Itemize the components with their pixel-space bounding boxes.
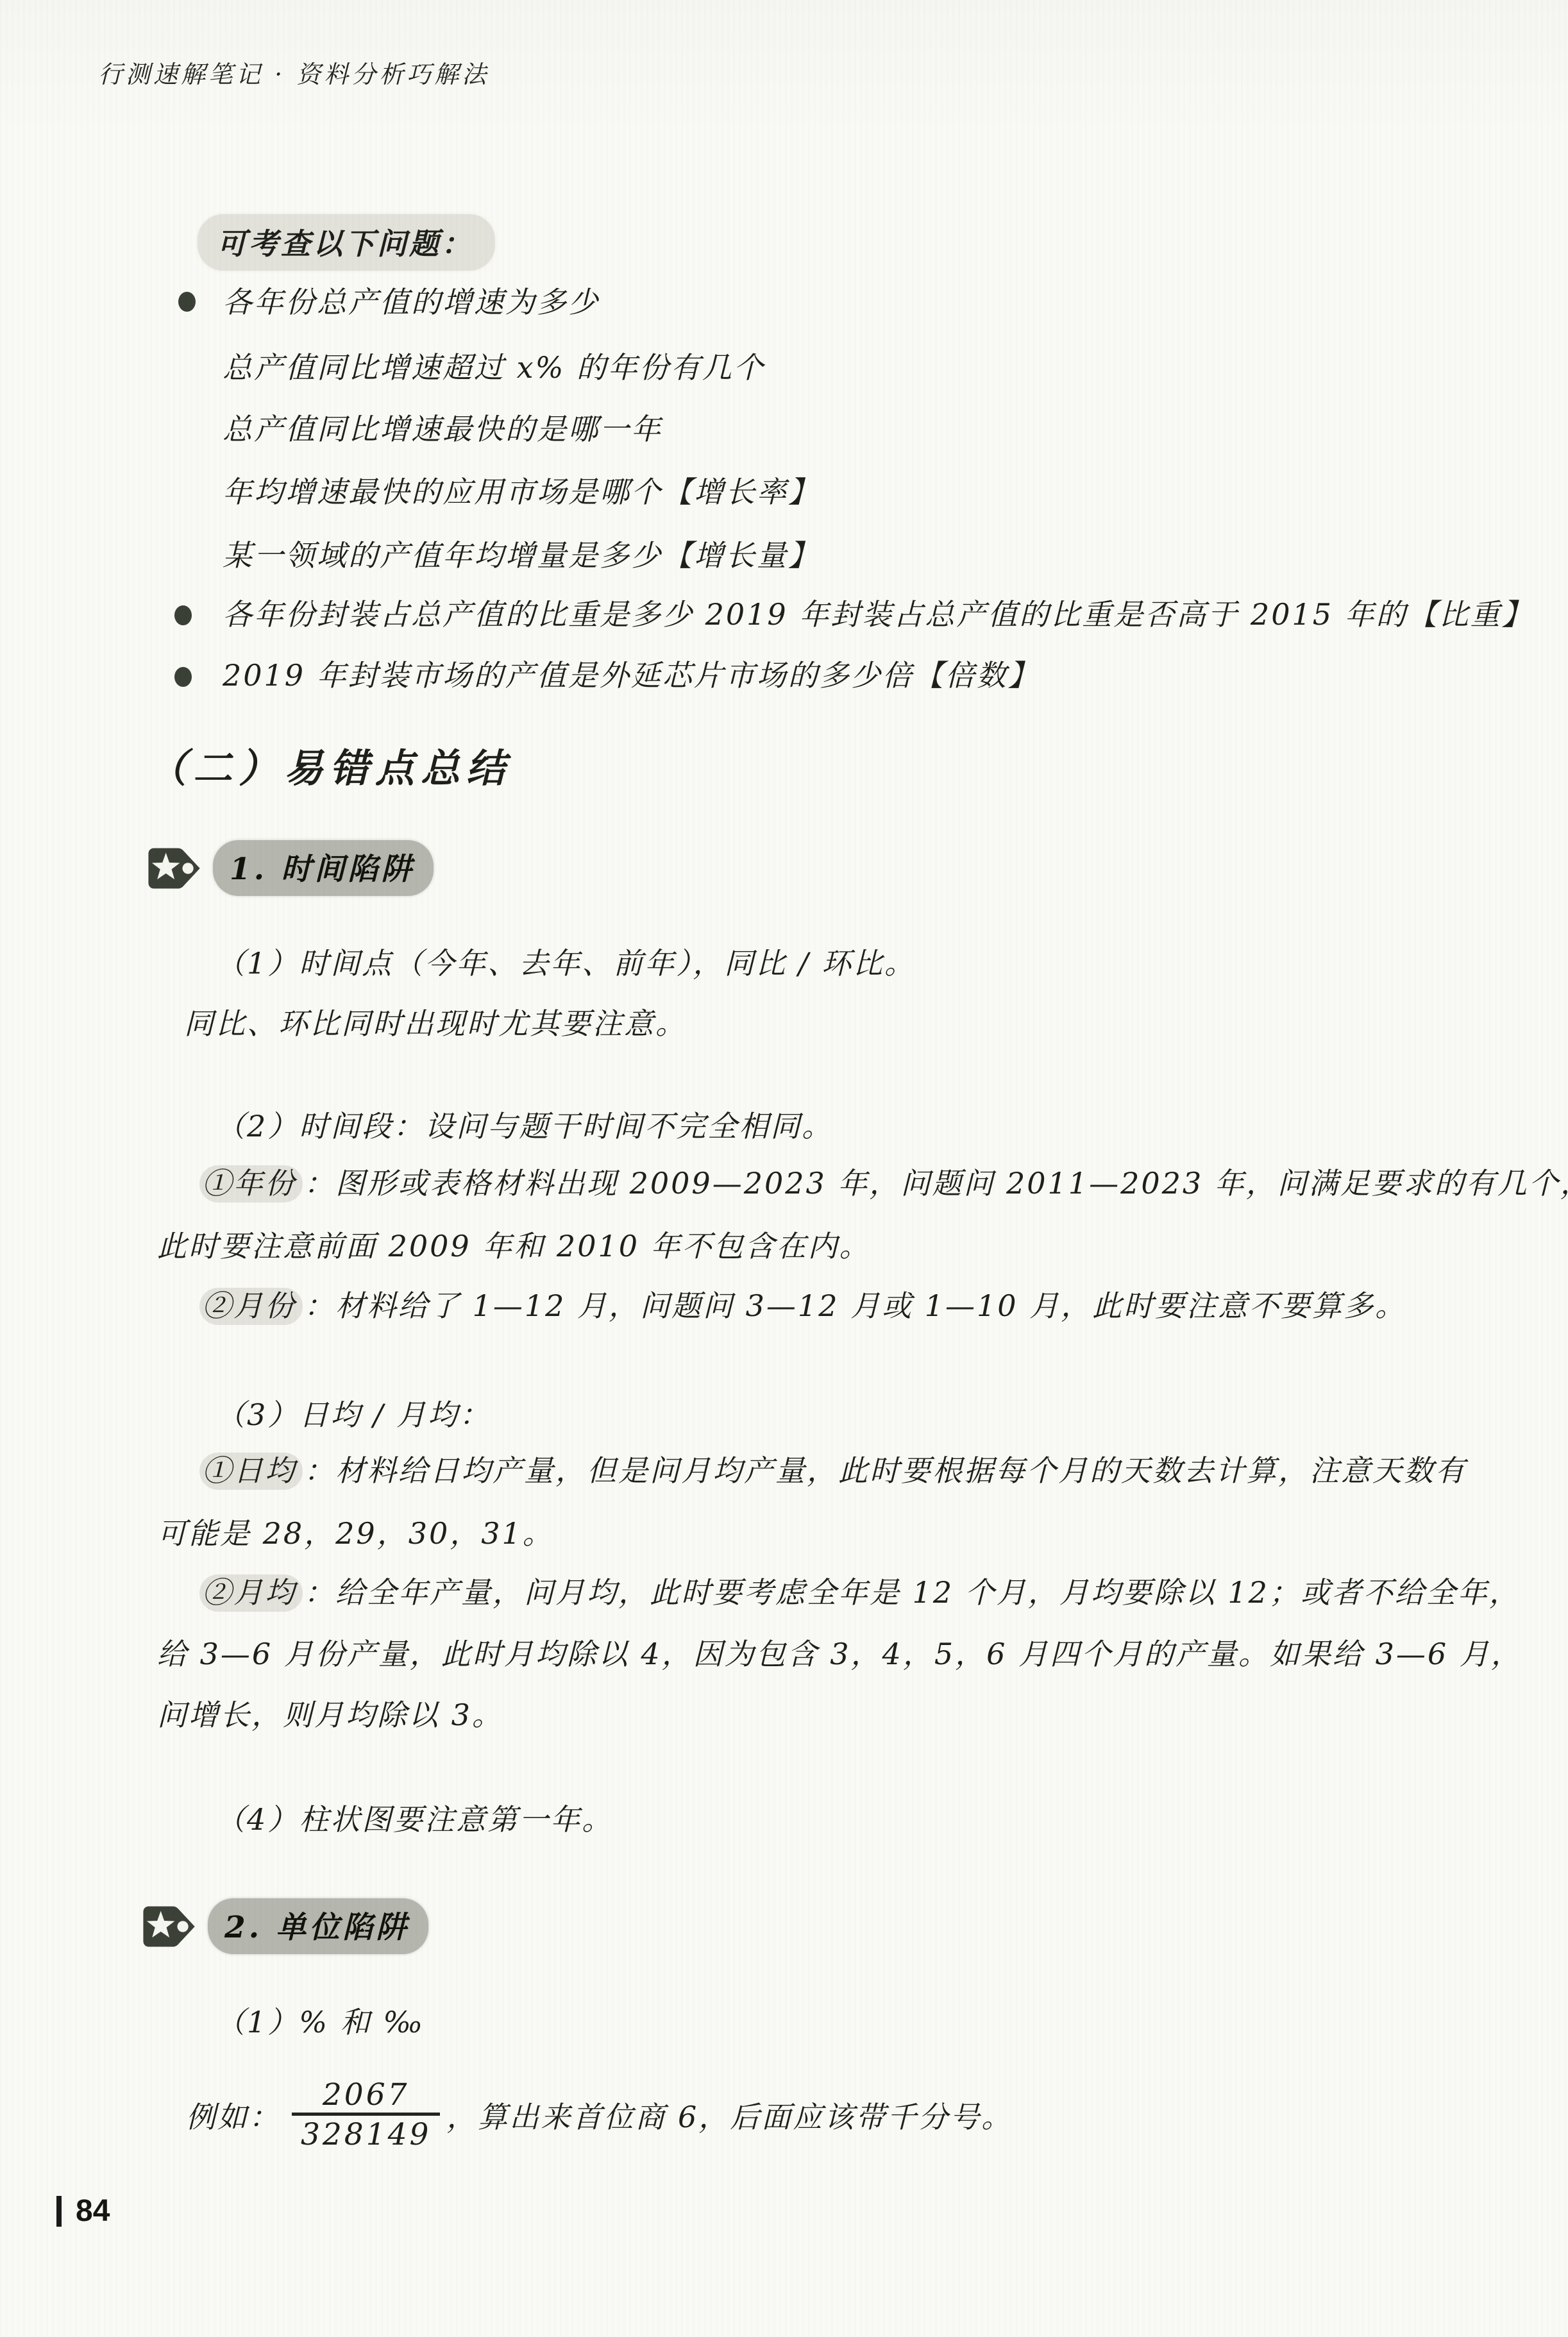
star-tag-icon xyxy=(148,845,203,891)
trap1-point1: （1）时间点（今年、去年、前年），同比 / 环比。 xyxy=(215,947,916,980)
trap1-year-note: 此时要注意前面 2009 年和 2010 年不包含在内。 xyxy=(157,1230,871,1263)
month-label-highlight: ②月份 xyxy=(199,1288,303,1325)
monthlyavg-text: ：给全年产量，问月均，此时要考虑全年是 12 个月，月均要除以 12；或者不给全… xyxy=(304,1575,1521,1610)
example-row: 例如： 2067 328149 ，算出来首位商 6，后面应该带千分号。 xyxy=(186,2073,1013,2157)
bullet-icon xyxy=(178,292,196,312)
trap1-monthlyavg-line: ②月均：给全年产量，问月均，此时要考虑全年是 12 个月，月均要除以 12；或者… xyxy=(199,1576,1521,1609)
question-item: 各年份封装占总产值的比重是多少 2019 年封装占总产值的比重是否高于 2015… xyxy=(223,598,1533,631)
year-label-highlight: ①年份 xyxy=(199,1165,303,1202)
running-header: 行测速解笔记 · 资料分析巧解法 xyxy=(98,62,489,89)
trap1-point2: （2）时间段：设问与题干时间不完全相同。 xyxy=(215,1110,833,1143)
page-number: 84 xyxy=(56,2193,110,2229)
monthlyavg-label-highlight: ②月均 xyxy=(199,1574,303,1612)
example-prefix: 例如： xyxy=(186,2094,280,2136)
trap1-tag: 1. 时间陷阱 xyxy=(148,840,434,896)
trap1-point3: （3）日均 / 月均： xyxy=(215,1399,491,1431)
trap1-daily-note: 可能是 28，29，30，31。 xyxy=(157,1517,554,1550)
trap1-monthlyavg-note2: 问增长，则月均除以 3。 xyxy=(157,1699,503,1732)
trap2-point1: （1）% 和 ‰ xyxy=(215,2006,425,2039)
page-number-bar-icon xyxy=(56,2196,62,2227)
fraction: 2067 328149 xyxy=(292,2079,440,2152)
question-item: 年均增速最快的应用市场是哪个【增长率】 xyxy=(223,476,820,509)
trap1-point1-note: 同比、环比同时出现时尤其要注意。 xyxy=(184,1008,687,1040)
scanned-book-page: 行测速解笔记 · 资料分析巧解法 可考查以下问题： 各年份总产值的增速为多少 总… xyxy=(0,0,1568,2337)
bullet-icon xyxy=(174,667,192,687)
trap2-tag: 2. 单位陷阱 xyxy=(142,1898,428,1954)
fraction-numerator: 2067 xyxy=(319,2079,414,2113)
bullet-icon xyxy=(174,605,192,625)
fraction-denominator: 328149 xyxy=(292,2113,440,2152)
trap1-point4: （4）柱状图要注意第一年。 xyxy=(215,1803,613,1836)
question-item: 各年份总产值的增速为多少 xyxy=(223,286,600,319)
question-item: 总产值同比增速最快的是哪一年 xyxy=(223,413,662,446)
question-item: 某一领域的产值年均增量是多少【增长量】 xyxy=(223,539,820,572)
trap2-tag-label: 2. 单位陷阱 xyxy=(208,1898,428,1954)
trap1-year-line: ①年份：图形或表格材料出现 2009—2023 年，问题问 2011—2023 … xyxy=(199,1167,1568,1200)
trap1-monthlyavg-note1: 给 3—6 月份产量，此时月均除以 4，因为包含 3，4，5，6 月四个月的产量… xyxy=(157,1638,1522,1671)
month-text: ：材料给了 1—12 月，问题问 3—12 月或 1—10 月，此时要注意不要算… xyxy=(304,1288,1406,1323)
trap1-month-line: ②月份：材料给了 1—12 月，问题问 3—12 月或 1—10 月，此时要注意… xyxy=(199,1290,1406,1322)
questions-title-highlight: 可考查以下问题： xyxy=(198,214,495,271)
year-text: ：图形或表格材料出现 2009—2023 年，问题问 2011—2023 年，问… xyxy=(304,1166,1568,1201)
page-number-value: 84 xyxy=(76,2193,110,2229)
example-suffix: ，算出来首位商 6，后面应该带千分号。 xyxy=(446,2094,1013,2136)
section-heading: （二）易错点总结 xyxy=(148,738,512,793)
daily-text: ：材料给日均产量，但是问月均产量，此时要根据每个月的天数去计算，注意天数有 xyxy=(304,1453,1467,1488)
trap1-daily-line: ①日均：材料给日均产量，但是问月均产量，此时要根据每个月的天数去计算，注意天数有 xyxy=(199,1455,1467,1487)
question-item: 总产值同比增速超过 x% 的年份有几个 xyxy=(223,351,765,384)
daily-label-highlight: ①日均 xyxy=(199,1453,303,1490)
trap1-tag-label: 1. 时间陷阱 xyxy=(213,840,434,896)
question-item: 2019 年封装市场的产值是外延芯片市场的多少倍【倍数】 xyxy=(223,659,1040,692)
star-tag-icon xyxy=(142,1903,198,1950)
